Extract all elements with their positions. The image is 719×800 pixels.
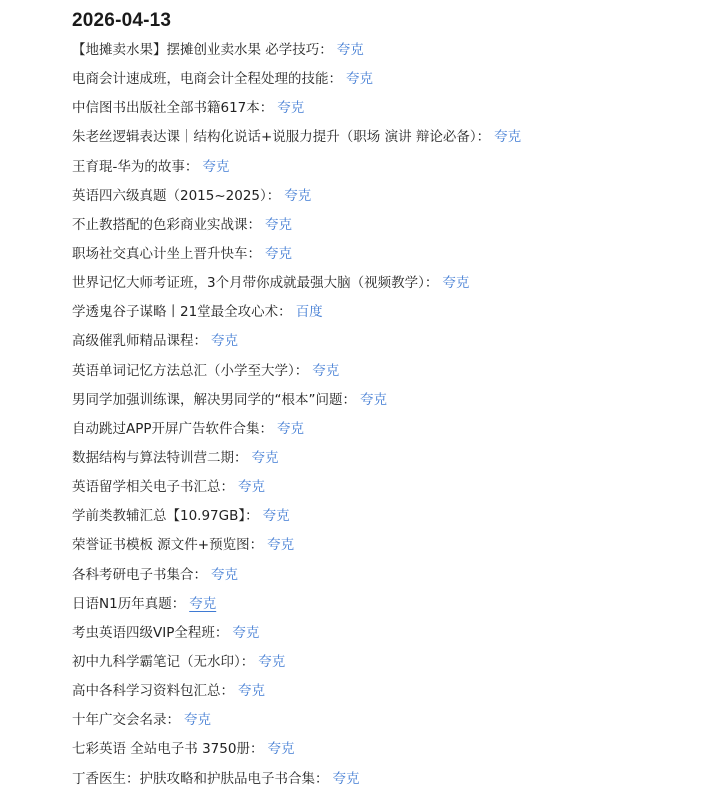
resource-link[interactable]: 夸克 bbox=[277, 100, 304, 116]
list-item: 职场社交真心计坐上晋升快车：夸克 bbox=[72, 240, 719, 269]
resource-link[interactable]: 夸克 bbox=[442, 275, 469, 291]
resource-link[interactable]: 夸克 bbox=[267, 741, 294, 757]
resource-title: 男同学加强训练课，解决男同学的“根本”问题： bbox=[72, 392, 356, 408]
resource-link[interactable]: 夸克 bbox=[211, 333, 238, 349]
list-item: 日语N1历年真题：夸克 bbox=[72, 590, 719, 619]
resource-link[interactable]: 夸克 bbox=[258, 654, 285, 670]
resource-title: 英语留学相关电子书汇总： bbox=[72, 479, 234, 495]
list-item: 数据结构与算法特训营二期：夸克 bbox=[72, 444, 719, 473]
list-item: 荣誉证书模板 源文件+预览图：夸克 bbox=[72, 531, 719, 560]
resource-link[interactable]: 夸克 bbox=[277, 421, 304, 437]
list-item: 高级催乳师精品课程：夸克 bbox=[72, 327, 719, 356]
resource-title: 世界记忆大师考证班，3个月带你成就最强大脑（视频教学）： bbox=[72, 275, 438, 291]
resource-link[interactable]: 夸克 bbox=[284, 188, 311, 204]
resource-title: 丁香医生：护肤攻略和护肤品电子书合集： bbox=[72, 771, 329, 787]
list-item: 高中各科学习资料包汇总：夸克 bbox=[72, 677, 719, 706]
resource-title: 考虫英语四级VIP全程班： bbox=[72, 625, 228, 641]
list-item: 丁香医生：护肤攻略和护肤品电子书合集：夸克 bbox=[72, 765, 719, 794]
resource-list-page: 2026-04-13 【地摊卖水果】摆摊创业卖水果 必学技巧：夸克电商会计速成班… bbox=[72, 6, 719, 794]
resource-title: 荣誉证书模板 源文件+预览图： bbox=[72, 537, 263, 553]
resource-list: 【地摊卖水果】摆摊创业卖水果 必学技巧：夸克电商会计速成班，电商会计全程处理的技… bbox=[72, 36, 719, 794]
resource-link[interactable]: 夸克 bbox=[202, 159, 229, 175]
resource-link[interactable]: 夸克 bbox=[494, 129, 521, 145]
list-item: 自动跳过APP开屏广告软件合集：夸克 bbox=[72, 415, 719, 444]
resource-title: 七彩英语 全站电子书 3750册： bbox=[72, 741, 263, 757]
resource-title: 日语N1历年真题： bbox=[72, 596, 185, 612]
resource-link[interactable]: 夸克 bbox=[265, 246, 292, 262]
resource-title: 朱老丝逻辑表达课｜结构化说话+说服力提升（职场 演讲 辩论必备）： bbox=[72, 129, 490, 145]
resource-link[interactable]: 夸克 bbox=[337, 42, 364, 58]
resource-link[interactable]: 夸克 bbox=[238, 479, 265, 495]
list-item: 电商会计速成班，电商会计全程处理的技能：夸克 bbox=[72, 65, 719, 94]
list-item: 学透鬼谷子谋略丨21堂最全攻心术：百度 bbox=[72, 298, 719, 327]
list-item: 王育琨-华为的故事：夸克 bbox=[72, 153, 719, 182]
list-item: 初中九科学霸笔记（无水印）：夸克 bbox=[72, 648, 719, 677]
resource-link[interactable]: 夸克 bbox=[346, 71, 373, 87]
resource-link[interactable]: 夸克 bbox=[238, 683, 265, 699]
resource-title: 高级催乳师精品课程： bbox=[72, 333, 207, 349]
resource-link[interactable]: 夸克 bbox=[232, 625, 259, 641]
list-item: 朱老丝逻辑表达课｜结构化说话+说服力提升（职场 演讲 辩论必备）：夸克 bbox=[72, 123, 719, 152]
resource-title: 学透鬼谷子谋略丨21堂最全攻心术： bbox=[72, 304, 292, 320]
resource-title: 英语单词记忆方法总汇（小学至大学）： bbox=[72, 363, 308, 379]
resource-link[interactable]: 夸克 bbox=[265, 217, 292, 233]
list-item: 【地摊卖水果】摆摊创业卖水果 必学技巧：夸克 bbox=[72, 36, 719, 65]
list-item: 中信图书出版社全部书籍617本：夸克 bbox=[72, 94, 719, 123]
list-item: 考虫英语四级VIP全程班：夸克 bbox=[72, 619, 719, 648]
list-item: 不止教搭配的色彩商业实战课：夸克 bbox=[72, 211, 719, 240]
resource-link[interactable]: 夸克 bbox=[333, 771, 360, 787]
resource-link[interactable]: 夸克 bbox=[267, 537, 294, 553]
resource-link[interactable]: 夸克 bbox=[263, 508, 290, 524]
resource-title: 英语四六级真题（2015~2025）： bbox=[72, 188, 280, 204]
resource-title: 不止教搭配的色彩商业实战课： bbox=[72, 217, 261, 233]
resource-link[interactable]: 夸克 bbox=[189, 596, 216, 612]
resource-title: 电商会计速成班，电商会计全程处理的技能： bbox=[72, 71, 342, 87]
resource-title: 王育琨-华为的故事： bbox=[72, 159, 198, 175]
resource-link[interactable]: 夸克 bbox=[211, 567, 238, 583]
list-item: 英语四六级真题（2015~2025）：夸克 bbox=[72, 182, 719, 211]
list-item: 英语单词记忆方法总汇（小学至大学）：夸克 bbox=[72, 357, 719, 386]
resource-link[interactable]: 百度 bbox=[296, 304, 323, 320]
resource-link[interactable]: 夸克 bbox=[184, 712, 211, 728]
list-item: 学前类教辅汇总【10.97GB】：夸克 bbox=[72, 502, 719, 531]
list-item: 十年广交会名录：夸克 bbox=[72, 706, 719, 735]
resource-title: 高中各科学习资料包汇总： bbox=[72, 683, 234, 699]
resource-title: 各科考研电子书集合： bbox=[72, 567, 207, 583]
list-item: 七彩英语 全站电子书 3750册：夸克 bbox=[72, 735, 719, 764]
resource-title: 自动跳过APP开屏广告软件合集： bbox=[72, 421, 273, 437]
resource-title: 学前类教辅汇总【10.97GB】： bbox=[72, 508, 259, 524]
list-item: 男同学加强训练课，解决男同学的“根本”问题：夸克 bbox=[72, 386, 719, 415]
resource-title: 职场社交真心计坐上晋升快车： bbox=[72, 246, 261, 262]
date-heading: 2026-04-13 bbox=[72, 6, 719, 36]
resource-link[interactable]: 夸克 bbox=[360, 392, 387, 408]
resource-title: 初中九科学霸笔记（无水印）： bbox=[72, 654, 254, 670]
resource-link[interactable]: 夸克 bbox=[252, 450, 279, 466]
resource-link[interactable]: 夸克 bbox=[312, 363, 339, 379]
resource-title: 数据结构与算法特训营二期： bbox=[72, 450, 248, 466]
resource-title: 【地摊卖水果】摆摊创业卖水果 必学技巧： bbox=[72, 42, 333, 58]
list-item: 英语留学相关电子书汇总：夸克 bbox=[72, 473, 719, 502]
resource-title: 中信图书出版社全部书籍617本： bbox=[72, 100, 273, 116]
list-item: 各科考研电子书集合：夸克 bbox=[72, 561, 719, 590]
resource-title: 十年广交会名录： bbox=[72, 712, 180, 728]
list-item: 世界记忆大师考证班，3个月带你成就最强大脑（视频教学）：夸克 bbox=[72, 269, 719, 298]
